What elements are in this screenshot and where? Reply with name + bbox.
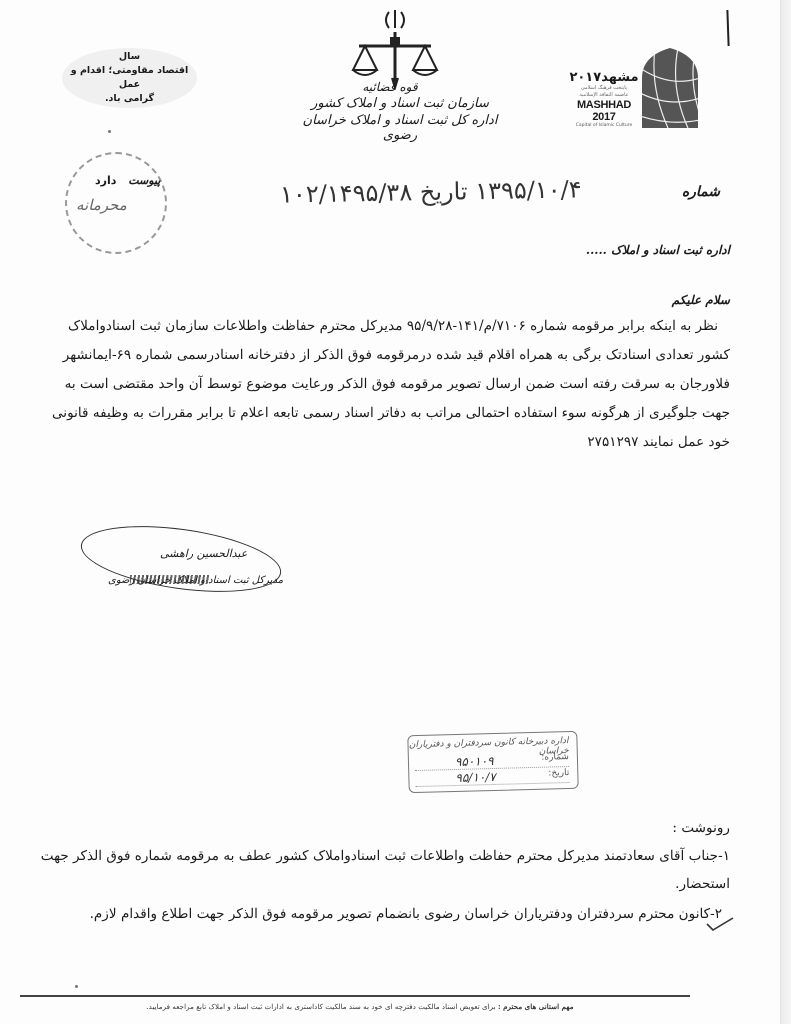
letter-page: سال اقتصاد مقاومتی؛ اقدام و عمل گرامی با… (0, 0, 791, 1024)
attachment-field: پیوست دارد (95, 174, 160, 187)
checkmark-icon (705, 916, 735, 932)
judiciary-emblem-icon (345, 8, 445, 90)
mashhad-en-caption: Capital of Islamic Culture (568, 123, 640, 128)
body-line: نظر به اینکه برابر مرقومه شماره ۷۱۰۶/م/۱… (40, 312, 730, 341)
reference-row: شماره ۱۳۹۵/۱۰/۴ تاریخ ۱۰۲/۱۴۹۵/۳۸ (280, 178, 720, 218)
received-number-value: ۹۵۰۱۰۹ (455, 754, 494, 769)
scan-speck (75, 985, 78, 988)
letterhead: قوه قضائیه سازمان ثبت اسناد و املاک کشور… (290, 80, 510, 143)
received-number-label: شماره: (541, 752, 569, 767)
organization-label: سازمان ثبت اسناد و املاک کشور (290, 96, 510, 111)
mashhad-fa-title: مشهد۲۰۱۷ (568, 70, 640, 85)
mashhad-en-title: MASHHAD 2017 (568, 99, 640, 123)
received-date-label: تاریخ: (548, 768, 569, 783)
footer-note-text: برای تعویض اسناد مالکیت دفترچه ای خود به… (146, 1002, 498, 1011)
footer-divider (20, 995, 690, 997)
body-line: خود عمل نمایند ۲۷۵۱۲۹۷ (40, 428, 730, 457)
signature-scribble (130, 575, 210, 584)
mashhad-fa-sub-1: پایتخت فرهنگ اسلامی (568, 85, 640, 92)
recipient: اداره ثبت اسناد و املاک ..... (560, 243, 730, 257)
slogan-badge: سال اقتصاد مقاومتی؛ اقدام و عمل گرامی با… (62, 48, 197, 108)
mashhad-logo-text: مشهد۲۰۱۷ پایتخت فرهنگ اسلامی عاصمة الثقا… (568, 70, 640, 128)
slogan-line-1: سال (119, 50, 140, 64)
page-mark (726, 10, 729, 46)
cc-item: ۲-کانون محترم سردفتران ودفتریاران خراسان… (20, 900, 730, 928)
department-label: اداره کل ثبت اسناد و املاک خراسان رضوی (290, 113, 510, 143)
scan-speck (108, 130, 111, 133)
body-line: فلاورجان به سرقت رفته است ضمن ارسال تصوی… (40, 370, 730, 399)
received-stamp: اداره دبیرخانه کانون سردفتران و دفتریارا… (407, 731, 578, 793)
attachment-value: دارد (95, 174, 116, 187)
greeting: سلام علیکم (600, 293, 730, 307)
signatory-name: عبدالحسین راهشی (160, 547, 247, 560)
cc-list: ۱-جناب آقای سعادتمند مدیرکل محترم حفاظت … (20, 842, 730, 928)
footer-note-bold: مهم استانی های محترم : (498, 1002, 574, 1011)
cc-item-continuation: استحضار. (20, 870, 730, 898)
number-label: شماره (682, 184, 720, 200)
received-date-row: تاریخ: ۹۵/۱۰/۷ (415, 768, 569, 787)
received-date-value: ۹۵/۱۰/۷ (455, 770, 496, 785)
footer-note: مهم استانی های محترم : برای تعویض اسناد … (60, 1002, 660, 1011)
judiciary-label: قوه قضائیه (270, 80, 510, 94)
body-line: کشور تعدادی اسنادتک برگی به همراه اقلام … (40, 341, 730, 370)
letter-body: نظر به اینکه برابر مرقومه شماره ۷۱۰۶/م/۱… (40, 312, 730, 457)
cc-title: رونوشت : (600, 820, 730, 836)
slogan-line-3: گرامی باد. (105, 92, 154, 106)
handwritten-number-date: ۱۳۹۵/۱۰/۴ تاریخ ۱۰۲/۱۴۹۵/۳۸ (280, 175, 582, 208)
confidential-stamp: محرمانه (76, 196, 127, 214)
mashhad-fa-sub-2: عاصمة الثقافة الإسلامية (568, 92, 640, 99)
cc-item: ۱-جناب آقای سعادتمند مدیرکل محترم حفاظت … (20, 842, 730, 870)
attachment-label: پیوست (128, 174, 160, 187)
slogan-line-2: اقتصاد مقاومتی؛ اقدام و عمل (62, 64, 197, 92)
signature-block: عبدالحسین راهشی مدیرکل ثبت اسناد و املاک… (80, 525, 290, 595)
scan-edge (780, 0, 791, 1024)
body-line: جهت جلوگیری از هرگونه سوء استفاده احتمال… (40, 399, 730, 428)
